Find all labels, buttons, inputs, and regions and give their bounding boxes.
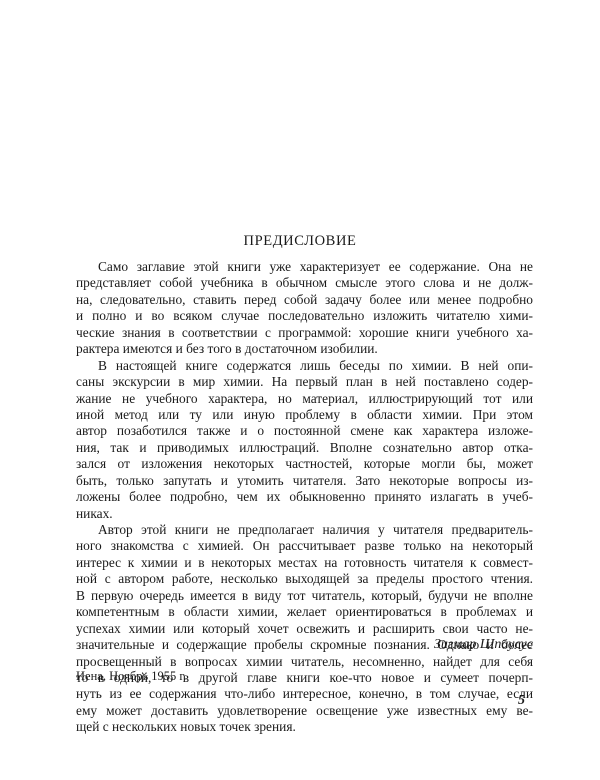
text-line: нуть из ее содержания что-либо интересно… [76, 686, 533, 702]
text-line: компетентным в области химии, желает ори… [76, 604, 533, 620]
text-line: В первую очередь имеется в виду тот чита… [76, 588, 533, 604]
text-line: Само заглавие этой книги уже характеризу… [76, 259, 533, 275]
text-line: на, следовательно, ставить перед собой з… [76, 292, 533, 308]
text-line: просвещенный в вопросах химии читатель, … [76, 654, 533, 670]
text-line: автор позаботился также и о постоянной с… [76, 423, 533, 439]
page-title: ПРЕДИСЛОВИЕ [0, 233, 600, 250]
text-line: Автор этой книги не предполагает наличия… [76, 522, 533, 538]
place-and-date: Иена, Ноябрь 1955 г. [76, 669, 186, 684]
text-line: иной метод или ту или иную проблему в об… [76, 407, 533, 423]
text-line: ного знакомства с химией. Он рассчитывае… [76, 538, 533, 554]
text-line: ложены более подробно, чем их обыкновенн… [76, 489, 533, 505]
text-line: ной с автором работе, несколько выходяще… [76, 571, 533, 587]
text-line: успехах химии или который хочет освежить… [76, 621, 533, 637]
text-line: ческие знания в соответствии с программо… [76, 325, 533, 341]
text-line: быть, только запутать и утомить читателя… [76, 473, 533, 489]
page-number: 5 [518, 693, 525, 709]
preface-body: Само заглавие этой книги уже характеризу… [76, 259, 533, 736]
text-line: интерес к химии и в некоторых местах на … [76, 555, 533, 571]
text-line: В настоящей книге содержатся лишь беседы… [76, 358, 533, 374]
text-line: зался от изложения некоторых частностей,… [76, 456, 533, 472]
text-line: жание не учебного характера, но материал… [76, 391, 533, 407]
author-signature: Зигмар Шпаусус [434, 637, 533, 653]
text-line: щей с нескольких новых точек зрения. [76, 719, 533, 735]
text-line: рактера имеются и без того в достаточном… [76, 341, 533, 357]
text-line: ему может доставить удовлетворение освещ… [76, 703, 533, 719]
text-line: ния, так и приводимых иллюстраций. Вполн… [76, 440, 533, 456]
text-line: саны экскурсии в мир химии. На первый пл… [76, 374, 533, 390]
text-line: представляет собой учебника в обычном см… [76, 275, 533, 291]
text-line: и полно и во всяком случае последователь… [76, 308, 533, 324]
text-line: никах. [76, 506, 533, 522]
